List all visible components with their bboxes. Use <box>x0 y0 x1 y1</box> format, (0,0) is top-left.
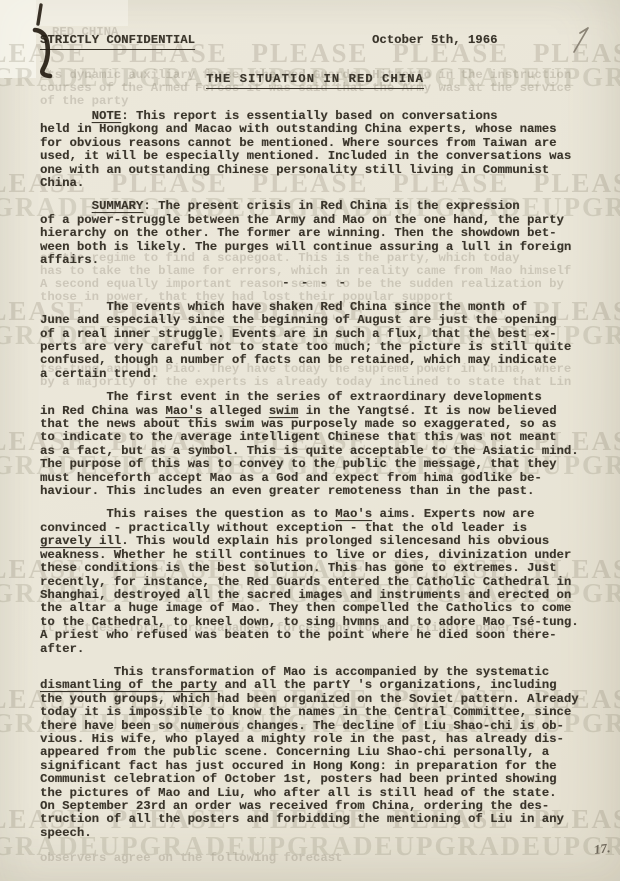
document-date: October 5th, 1966 <box>372 34 497 47</box>
text-line: The events which have shaken Red China s… <box>40 301 590 314</box>
paragraph-events: The events which have shaken Red China s… <box>40 301 590 381</box>
text-line: speech. <box>40 827 590 840</box>
paragraph-party-dismantling: This transformation of Mao is accompanie… <box>40 666 590 840</box>
text-line: appeared from the public scene. Concerni… <box>40 746 590 759</box>
text-line: of a power-struggle between the Army and… <box>40 214 590 227</box>
section-separator: - - - - <box>40 277 590 290</box>
text-line: of a real inner struggle. Events are in … <box>40 328 590 341</box>
text-line: the youth groups, which had been organiz… <box>40 693 590 706</box>
text-line: today it is impossible to know the names… <box>40 706 590 719</box>
text-line: for obvious reasons cannot be mentioned.… <box>40 137 590 150</box>
text-line: these conditions is the best solution. T… <box>40 562 590 575</box>
text-line: The purpose of this was to convey to the… <box>40 458 590 471</box>
text-line: perts are very careful not to state too … <box>40 341 590 354</box>
text-line: confused, though a number of facts can b… <box>40 354 590 367</box>
paragraph-summary: SUMMARY: The present crisis in Red China… <box>40 200 590 267</box>
text-line: dismantling of the party and all the par… <box>40 679 590 692</box>
text-line: the altar a huge image of Mao. They then… <box>40 602 590 615</box>
title-row: THE SITUATION IN RED CHINA <box>40 73 590 89</box>
text-line: to indicate to the average intelligent C… <box>40 431 590 444</box>
text-line: June and especially since the beginning … <box>40 314 590 327</box>
text-line: recently, for instance, the Red Guards e… <box>40 576 590 589</box>
text-line: Communist celebration of October 1st, po… <box>40 773 590 786</box>
text-line: as a fact, but as a symbol. This is quit… <box>40 445 590 458</box>
text-line: Shanghai, destroyed all the sacred image… <box>40 589 590 602</box>
text-line: affairs. <box>40 254 590 267</box>
text-line: SUMMARY: The present crisis in Red China… <box>40 200 590 213</box>
text-line: there have been so numerous changes. The… <box>40 720 590 733</box>
text-line: one with an outstanding Chinese personal… <box>40 164 590 177</box>
text-line: must henceforth accept Mao as a God and … <box>40 472 590 485</box>
text-line: that the news about this swim was purpos… <box>40 418 590 431</box>
text-line: used, it will be especially mentioned. I… <box>40 150 590 163</box>
text-line: China. <box>40 177 590 190</box>
paragraph-mao-aims: This raises the question as to Mao's aim… <box>40 508 590 655</box>
text-line: hierarchy on the other. The former are w… <box>40 227 590 240</box>
text-line: The first event in the series of extraor… <box>40 391 590 404</box>
text-line: This transformation of Mao is accompanie… <box>40 666 590 679</box>
text-line: truction of all the posters and forbiddi… <box>40 813 590 826</box>
paragraph-note: NOTE: This report is essentially based o… <box>40 110 590 190</box>
text-line: ween both is likely. The purges will con… <box>40 241 590 254</box>
text-line: This raises the question as to Mao's aim… <box>40 508 590 521</box>
text-line: after. <box>40 643 590 656</box>
text-line: in Red China was Mao's alleged swim in t… <box>40 405 590 418</box>
bleed-through-text: observers agree on the following forecas… <box>40 852 343 865</box>
text-line: gravely ill. This would explain his prol… <box>40 535 590 548</box>
text-line: held in Hongkong and Macao with outstand… <box>40 123 590 136</box>
document-page: RED CHINAits dynamic auxiliary force, th… <box>0 0 620 881</box>
classification-label: STRICTLY CONFIDENTIAL <box>40 33 195 50</box>
document-header: STRICTLY CONFIDENTIAL October 5th, 1966 <box>40 34 590 48</box>
text-line: the pictures of Mao and Liu, who after a… <box>40 787 590 800</box>
document-title: THE SITUATION IN RED CHINA <box>206 73 424 89</box>
document-body: NOTE: This report is essentially based o… <box>40 110 590 840</box>
text-line: On September 23rd an order was received … <box>40 800 590 813</box>
text-line: A priest who refused was beaten to the p… <box>40 629 590 642</box>
text-line: a certain trend. <box>40 368 590 381</box>
text-line: to the Cathedral, to kneel down, to sing… <box>40 616 590 629</box>
text-line: vious. His wife, who played a mighty rol… <box>40 733 590 746</box>
handwritten-page-number: 17. <box>593 841 611 856</box>
text-line: NOTE: This report is essentially based o… <box>40 110 590 123</box>
paragraph-mao-swim: The first event in the series of extraor… <box>40 391 590 498</box>
text-line: haviour. This includes an even greater r… <box>40 485 590 498</box>
text-line: significant fact has just occured in Hon… <box>40 760 590 773</box>
text-line: convinced - practically without exceptio… <box>40 522 590 535</box>
typewritten-content: STRICTLY CONFIDENTIAL October 5th, 1966 … <box>0 0 620 840</box>
text-line: weakness. Whether he still continues to … <box>40 549 590 562</box>
